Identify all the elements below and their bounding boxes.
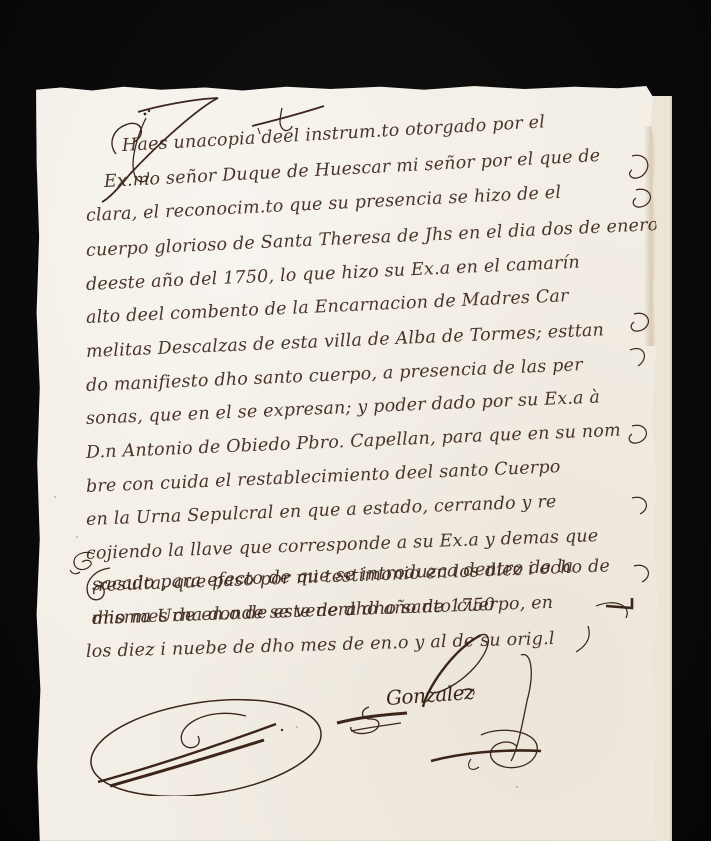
manuscript-line: melitas Descalzas de esta villa de Alba … — [86, 320, 605, 362]
paragraph-flourish-icon — [80, 564, 120, 614]
document-scan: Haes unacopia deel instrum.to otorgado p… — [0, 0, 711, 841]
manuscript-line: do manifiesto dho santo cuerpo, a presen… — [86, 355, 584, 396]
manuscript-line: alto deel combento de la Encarnacion de … — [86, 286, 570, 328]
rubric-right-signature-icon — [331, 631, 571, 791]
rubric-left-signature-icon — [86, 686, 326, 796]
paper-speck — [54, 496, 56, 498]
manuscript-line: bre con cuida el restablecimiento deel s… — [86, 457, 561, 497]
manuscript-line: D.n Antonio de Obiedo Pbro. Capellan, pa… — [86, 421, 622, 463]
manuscript-page: Haes unacopia deel instrum.to otorgado p… — [36, 86, 662, 841]
paper-speck — [516, 786, 518, 788]
manuscript-line: misma Urna donde se venera dho santo cue… — [92, 593, 554, 629]
manuscript-line: sacado para efecto de que se introduzca … — [92, 557, 574, 595]
manuscript-line: en la Urna Sepulcral en que a estado, ce… — [86, 492, 557, 530]
paper-speck — [296, 726, 298, 728]
manuscript-line: sonas, que en el se expresan; y poder da… — [86, 387, 601, 429]
paper-speck — [76, 536, 78, 538]
